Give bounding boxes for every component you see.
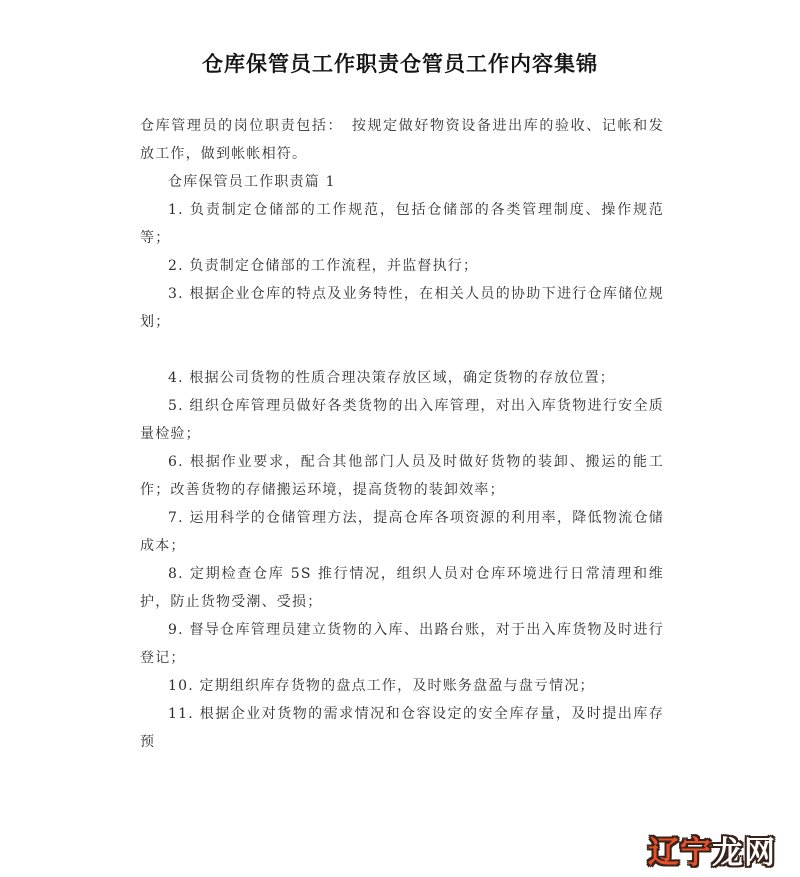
blank-line — [140, 336, 664, 364]
section-heading: 仓库保管员工作职责篇 1 — [140, 168, 664, 196]
document-title: 仓库保管员工作职责仓管员工作内容集锦 — [0, 48, 800, 78]
list-item-5: 5. 组织仓库管理员做好各类货物的出入库管理，对出入库货物进行安全质量检验； — [140, 392, 664, 448]
list-item-6: 6. 根据作业要求，配合其他部门人员及时做好货物的装卸、搬运的能工作；改善货物的… — [140, 448, 664, 504]
list-item-1: 1. 负责制定仓储部的工作规范，包括仓储部的各类管理制度、操作规范等； — [140, 196, 664, 252]
watermark-text-longwang: 龙网 — [712, 835, 776, 871]
list-item-8: 8. 定期检查仓库 5S 推行情况，组织人员对仓库环境进行日常清理和维护，防止货… — [140, 560, 664, 616]
list-item-4: 4. 根据公司货物的性质合理决策存放区域，确定货物的存放位置； — [140, 364, 664, 392]
list-item-10: 10. 定期组织库存货物的盘点工作，及时账务盘盈与盘亏情况； — [140, 672, 664, 700]
document-body: 仓库管理员的岗位职责包括： 按规定做好物资设备进出库的验收、记帐和发放工作，做到… — [140, 112, 664, 756]
watermark-text-liaoning: 辽宁 — [648, 835, 712, 871]
site-watermark-logo: 辽宁龙网 — [648, 838, 776, 869]
list-item-9: 9. 督导仓库管理员建立货物的入库、出路台账，对于出入库货物及时进行登记； — [140, 616, 664, 672]
list-item-7: 7. 运用科学的仓储管理方法，提高仓库各项资源的利用率，降低物流仓储成本； — [140, 504, 664, 560]
document-page: 仓库保管员工作职责仓管员工作内容集锦 仓库管理员的岗位职责包括： 按规定做好物资… — [0, 0, 800, 877]
paragraph-intro: 仓库管理员的岗位职责包括： 按规定做好物资设备进出库的验收、记帐和发放工作，做到… — [140, 112, 664, 168]
list-item-3: 3. 根据企业仓库的特点及业务特性，在相关人员的协助下进行仓库储位规划； — [140, 280, 664, 336]
list-item-11: 11. 根据企业对货物的需求情况和仓容设定的安全库存量，及时提出库存预 — [140, 700, 664, 756]
list-item-2: 2. 负责制定仓储部的工作流程，并监督执行； — [140, 252, 664, 280]
